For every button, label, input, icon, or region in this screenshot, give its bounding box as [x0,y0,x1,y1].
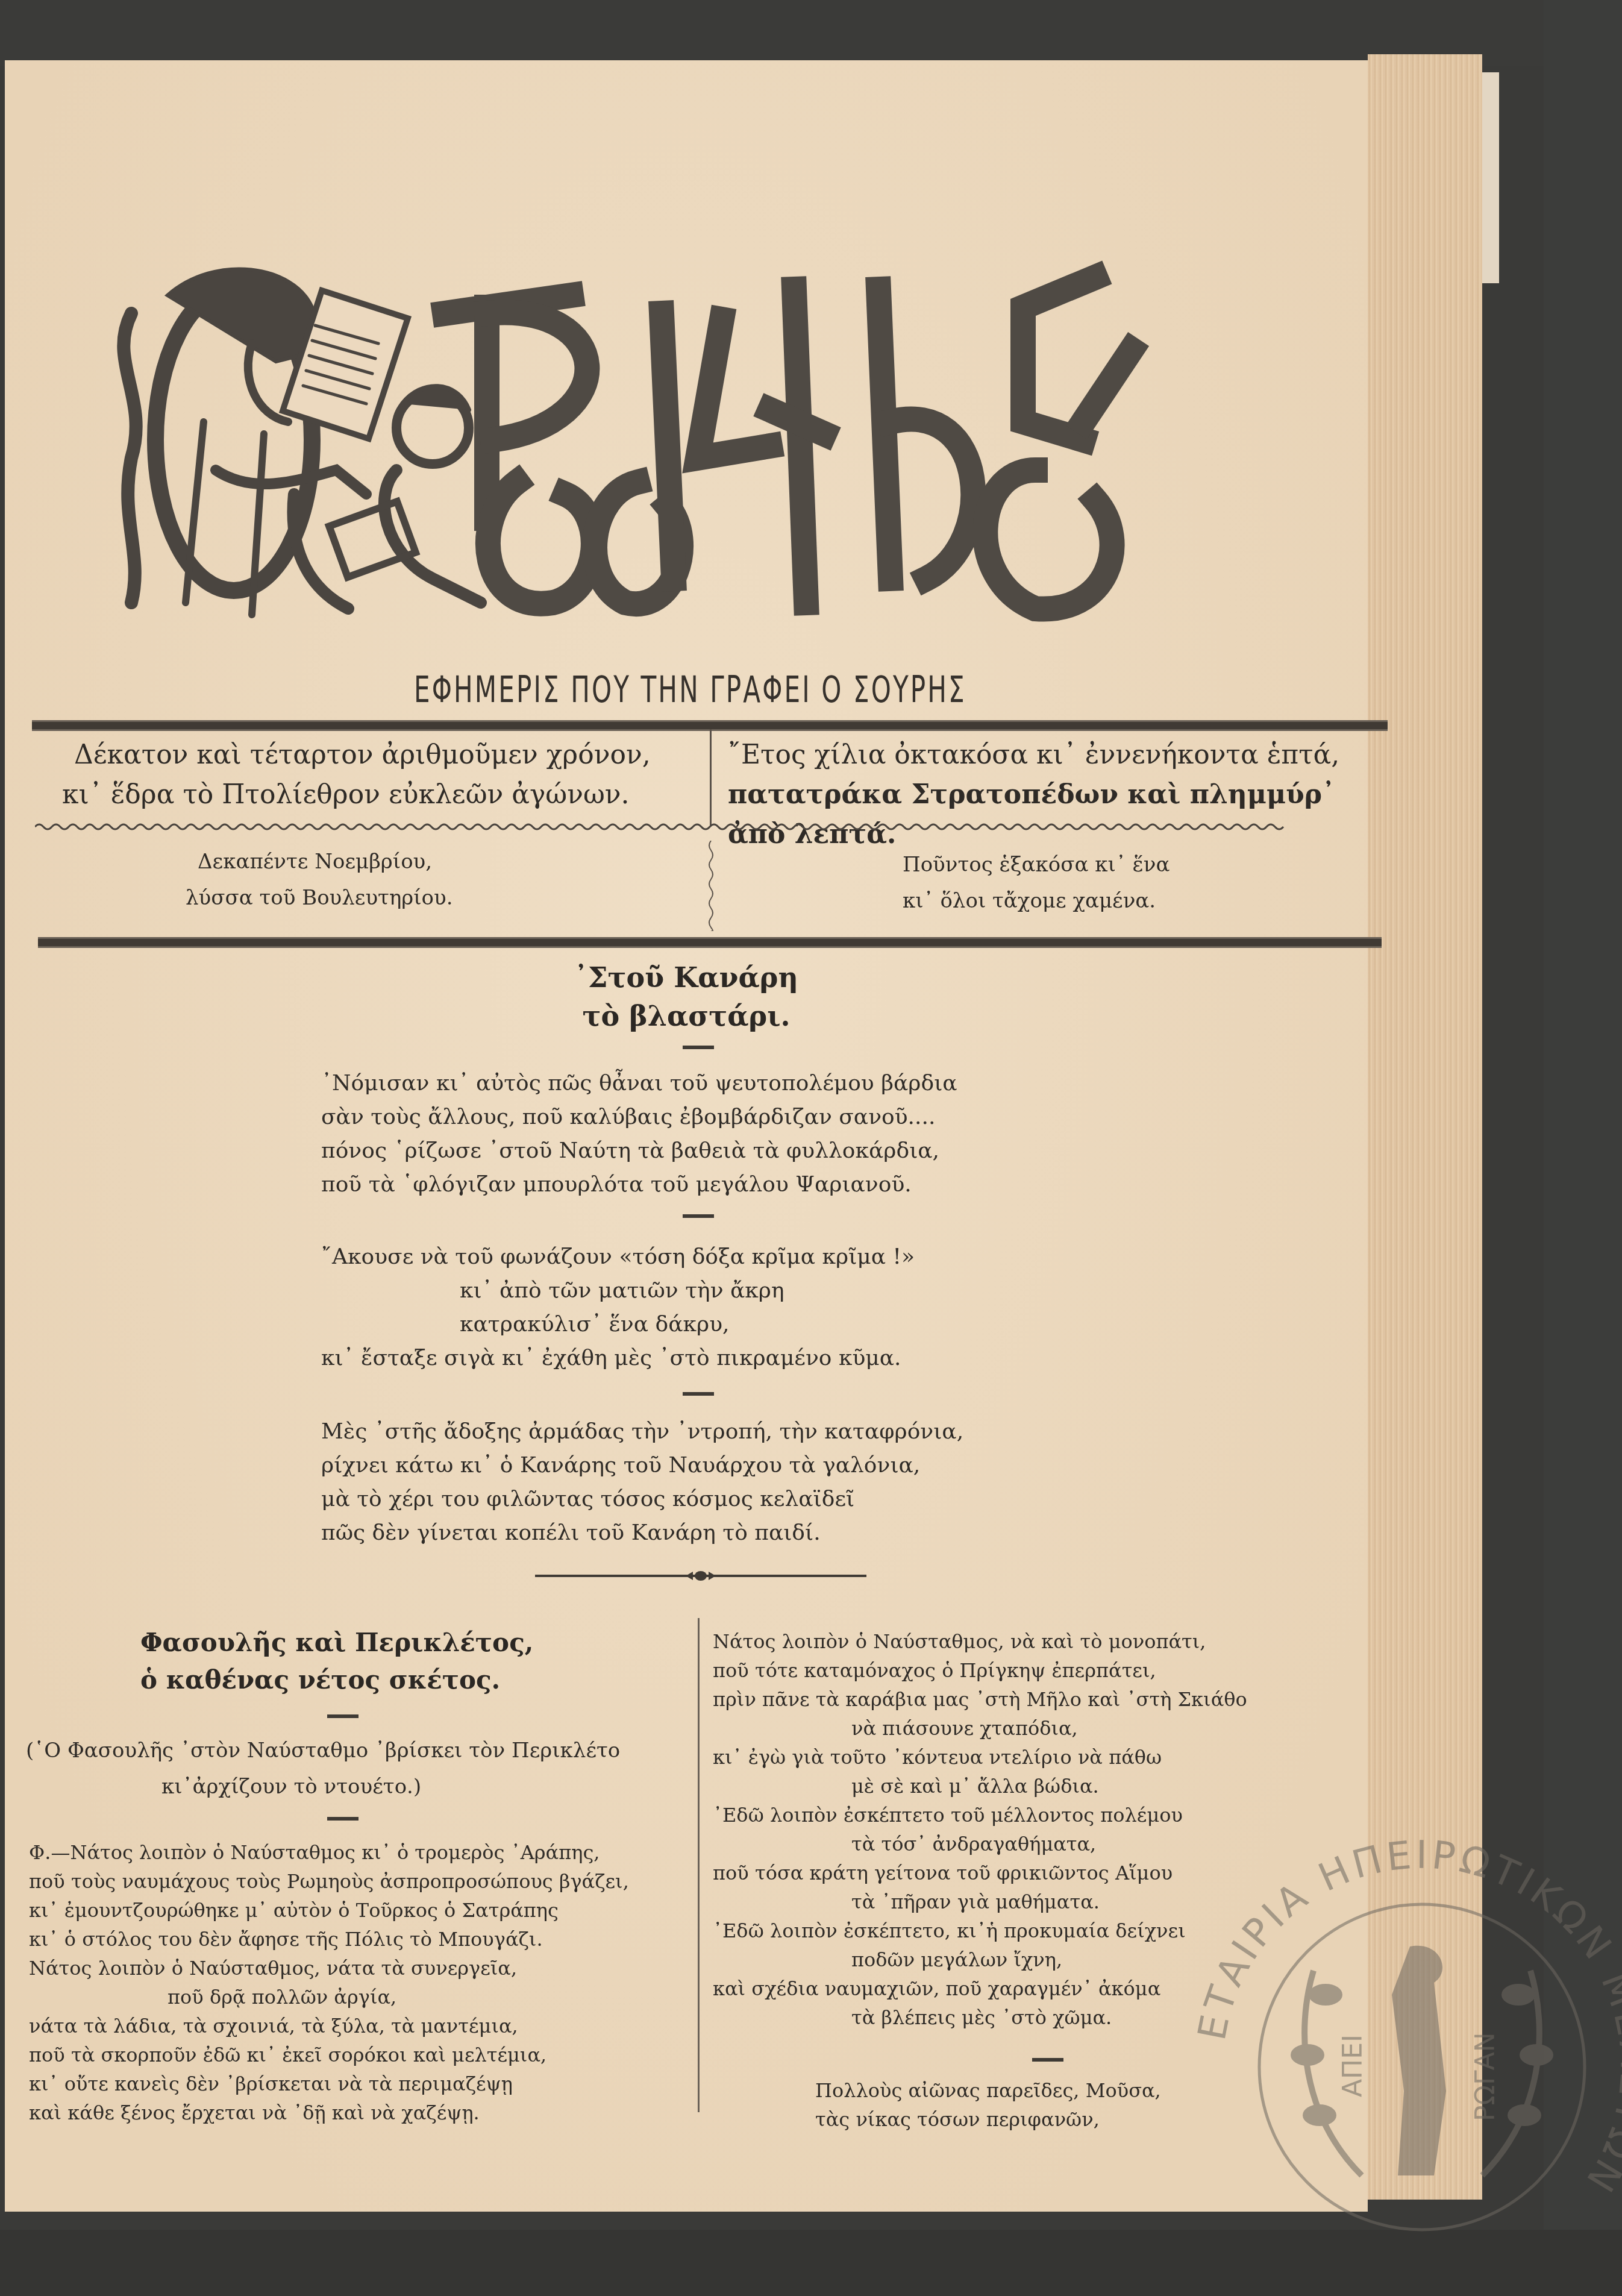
verse-line: μὰ τὸ χέρι του φιλῶντας τόσος κόσμος κελ… [321,1482,963,1516]
heavy-rule-bottom [38,937,1382,948]
verse-line: πῶς δὲν γίνεται κοπέλι τοῦ Κανάρη τὸ παι… [321,1516,963,1550]
dialogue-line: καὶ σχέδια ναυμαχιῶν, ποῦ χαραγμέν᾿ ἀκόμ… [713,1974,1247,2003]
section-dash [683,1214,714,1218]
book-binding-right [1544,0,1622,2296]
wavy-vertical-divider [705,841,717,931]
dialogue-line: ποῦ δρᾷ πολλῶν ἀργία, [29,1983,629,2012]
dialogue-right-continuation: Πολλοὺς αἰῶνας παρεῖδες, Μοῦσα, τὰς νίκα… [815,2076,1161,2134]
dialogue-line: ποῦ τοὺς ναυμάχους τοὺς Ρωμηοὺς ἀσπροπρο… [29,1867,629,1896]
masthead-subtitle: ΕΦΗΜΕΡΙΣ ΠΟΥ ΤΗΝ ΓΡΑΦΕΙ Ο ΣΟΥΡΗΣ [158,669,1221,711]
header-line: Δέκατον καὶ τέταρτον ἀριθμοῦμεν χρόνον, [62,735,651,775]
dialogue-line: τὰ βλέπεις μὲς ᾿στὸ χῶμα. [713,2003,1247,2032]
dialogue-line: πρὶν πᾶνε τὰ καράβια μας ᾿στὴ Μῆλο καὶ ᾿… [713,1685,1247,1714]
dialogue-line: τὰ ᾿πῆραν γιὰ μαθήματα. [713,1887,1247,1916]
section-dash [327,1817,359,1821]
poem-title-line: ᾿Στοῦ Κανάρη [5,958,1368,997]
dialogue-line: κι᾿ ἐμουντζουρώθηκε μ᾿ αὐτὸν ὁ Τοῦρκος ὁ… [29,1896,629,1925]
dialogue-line: Νάτος λοιπὸν ὁ Ναύσταθμος, νάτα τὰ συνερ… [29,1954,629,1983]
stage-line: (῾Ο Φασουλῆς ᾿στὸν Ναύσταθμο ᾿βρίσκει τὸ… [26,1733,620,1769]
dialogue-left-column: Φ.—Νάτος λοιπὸν ὁ Ναύσταθμος κι᾿ ὁ τρομε… [29,1838,629,2127]
dialogue-line: νὰ πιάσουνε χταπόδια, [713,1714,1247,1743]
dialogue-line: κι᾿ ὁ στόλος του δὲν ἄφησε τῆς Πόλις τὸ … [29,1925,629,1954]
verse-line: πόνος ῾ρίζωσε ᾿στοῦ Ναύτη τὰ βαθειὰ τὰ φ… [321,1134,957,1168]
dialogue-title-line: Φασουλῆς καὶ Περικλέτος, [140,1624,533,1661]
header-left-bottom: Δεκαπέντε Νοεμβρίου, λύσσα τοῦ Βουλευτηρ… [186,844,453,916]
verse-line: Μὲς ᾿στῆς ἄδοξης ἀρμάδας τὴν ᾿ντροπή, τὴ… [321,1415,963,1449]
header-line: κι᾿ ἕδρα τὸ Πτολίεθρον εὐκλεῶν ἀγώνων. [62,775,651,815]
dialogue-line: κι᾿ οὔτε κανεὶς δὲν ᾿βρίσκεται νὰ τὰ περ… [29,2069,629,2098]
header-line: Ποῦντος ἑξακόσα κι᾿ ἕνα [903,847,1170,883]
header-line: Δεκαπέντε Νοεμβρίου, [186,844,453,880]
dialogue-line: νάτα τὰ λάδια, τὰ σχοινιά, τὰ ξύλα, τὰ μ… [29,2012,629,2040]
poem-stanza-3: Μὲς ᾿στῆς ἄδοξης ἀρμάδας τὴν ᾿ντροπή, τὴ… [321,1415,963,1550]
section-dash [1032,2058,1063,2062]
header-divider [710,729,714,826]
dialogue-line: ποῦ τότε καταμόναχος ὁ Πρίγκηψ ἐπερπάτει… [713,1656,1247,1685]
verse-line: ρίχνει κάτω κι᾿ ὁ Κανάρης τοῦ Ναυάρχου τ… [321,1449,963,1482]
dialogue-line: ᾿Εδῶ λοιπὸν ἐσκέπτετο, κι᾿ἡ προκυμαία δε… [713,1916,1247,1945]
dialogue-line: τὰ τόσ᾿ ἀνδραγαθήματα, [713,1830,1247,1858]
newspaper-page: ΕΦΗΜΕΡΙΣ ΠΟΥ ΤΗΝ ΓΡΑΦΕΙ Ο ΣΟΥΡΗΣ Δέκατον… [5,60,1368,2212]
dialogue-line: Νάτος λοιπὸν ὁ Ναύσταθμος, νὰ καὶ τὸ μον… [713,1627,1247,1656]
section-dash [683,1046,714,1049]
dialogue-line: κι᾿ ἐγὼ γιὰ τοῦτο ᾿κόντευα ντελίριο νὰ π… [713,1743,1247,1772]
header-line: ῎Ετος χίλια ὀκτακόσα κι᾿ ἐννενήκοντα ἑπτ… [728,735,1368,775]
masthead [95,241,1391,633]
dialogue-line: Φ.—Νάτος λοιπὸν ὁ Ναύσταθμος κι᾿ ὁ τρομε… [29,1838,629,1867]
dialogue-title-line: ὁ καθένας νέτος σκέτος. [140,1661,533,1699]
header-left-top: Δέκατον καὶ τέταρτον ἀριθμοῦμεν χρόνον, … [62,735,651,815]
verse-line: ῎Ακουσε νὰ τοῦ φωνάζουν «τόση δόξα κρῖμα… [321,1240,915,1274]
book-binding-bottom [0,2230,1622,2296]
masthead-illustration-icon [95,241,1391,633]
verse-line: κατρακύλισ᾿ ἕνα δάκρυ, [321,1308,915,1341]
column-divider [698,1618,700,2112]
verse-line: σὰν τοὺς ἄλλους, ποῦ καλύβαις ἐβομβάρδιζ… [321,1100,957,1134]
header-line: πατατράκα Στρατοπέδων καὶ πλημμύρ᾿ ἀπὸ λ… [728,775,1368,855]
ornamental-rule-icon [535,1570,866,1582]
dialogue-right-column: Νάτος λοιπὸν ὁ Ναύσταθμος, νὰ καὶ τὸ μον… [713,1627,1247,2032]
flyleaf [1482,72,1499,283]
dialogue-line: Πολλοὺς αἰῶνας παρεῖδες, Μοῦσα, [815,2076,1161,2105]
verse-line: ποῦ τὰ ῾φλόγιζαν μπουρλότα τοῦ μεγάλου Ψ… [321,1168,957,1202]
poem-title-line: τὸ βλαστάρι. [5,997,1368,1035]
dialogue-line: ποδῶν μεγάλων ἴχνη, [713,1945,1247,1974]
poem-title: ᾿Στοῦ Κανάρη τὸ βλαστάρι. [5,958,1368,1035]
header-line: κι᾿ ὅλοι τἄχομε χαμένα. [903,883,1170,919]
dialogue-line: ᾿Εδῶ λοιπὸν ἐσκέπτετο τοῦ μέλλοντος πολέ… [713,1801,1247,1830]
verse-line: κι᾿ ἀπὸ τῶν ματιῶν τὴν ἄκρη [321,1274,915,1308]
section-dash [327,1714,359,1718]
dialogue-line: ποῦ τόσα κράτη γείτονα τοῦ φρικιῶντος Αἵ… [713,1858,1247,1887]
section-dash [683,1392,714,1396]
dialogue-title: Φασουλῆς καὶ Περικλέτος, ὁ καθένας νέτος… [140,1624,533,1699]
header-line: λύσσα τοῦ Βουλευτηρίου. [186,880,453,916]
stage-line: κι᾿ἀρχίζουν τὸ ντουέτο.) [26,1769,620,1805]
dialogue-line: τὰς νίκας τόσων περιφανῶν, [815,2105,1161,2134]
stage-direction: (῾Ο Φασουλῆς ᾿στὸν Ναύσταθμο ᾿βρίσκει τὸ… [26,1733,620,1805]
dialogue-line: ποῦ τὰ σκορποῦν ἐδῶ κι᾿ ἐκεῖ σορόκοι καὶ… [29,2040,629,2069]
header-right-bottom: Ποῦντος ἑξακόσα κι᾿ ἕνα κι᾿ ὅλοι τἄχομε … [903,847,1170,919]
verse-line: ᾿Νόμισαν κι᾿ αὐτὸς πῶς θἆναι τοῦ ψευτοπο… [321,1067,957,1100]
poem-stanza-1: ᾿Νόμισαν κι᾿ αὐτὸς πῶς θἆναι τοῦ ψευτοπο… [321,1067,957,1202]
wavy-divider [35,821,1391,833]
verse-line: κι᾿ ἔσταξε σιγὰ κι᾿ ἐχάθη μὲς ᾿στὸ πικρα… [321,1341,915,1375]
dialogue-line: καὶ κάθε ξένος ἔρχεται νὰ ᾿δῇ καὶ νὰ χαζ… [29,2098,629,2127]
header-right-top: ῎Ετος χίλια ὀκτακόσα κι᾿ ἐννενήκοντα ἑπτ… [728,735,1368,855]
dialogue-line: μὲ σὲ καὶ μ᾿ ἄλλα βώδια. [713,1772,1247,1801]
poem-stanza-2: ῎Ακουσε νὰ τοῦ φωνάζουν «τόση δόξα κρῖμα… [321,1240,915,1375]
